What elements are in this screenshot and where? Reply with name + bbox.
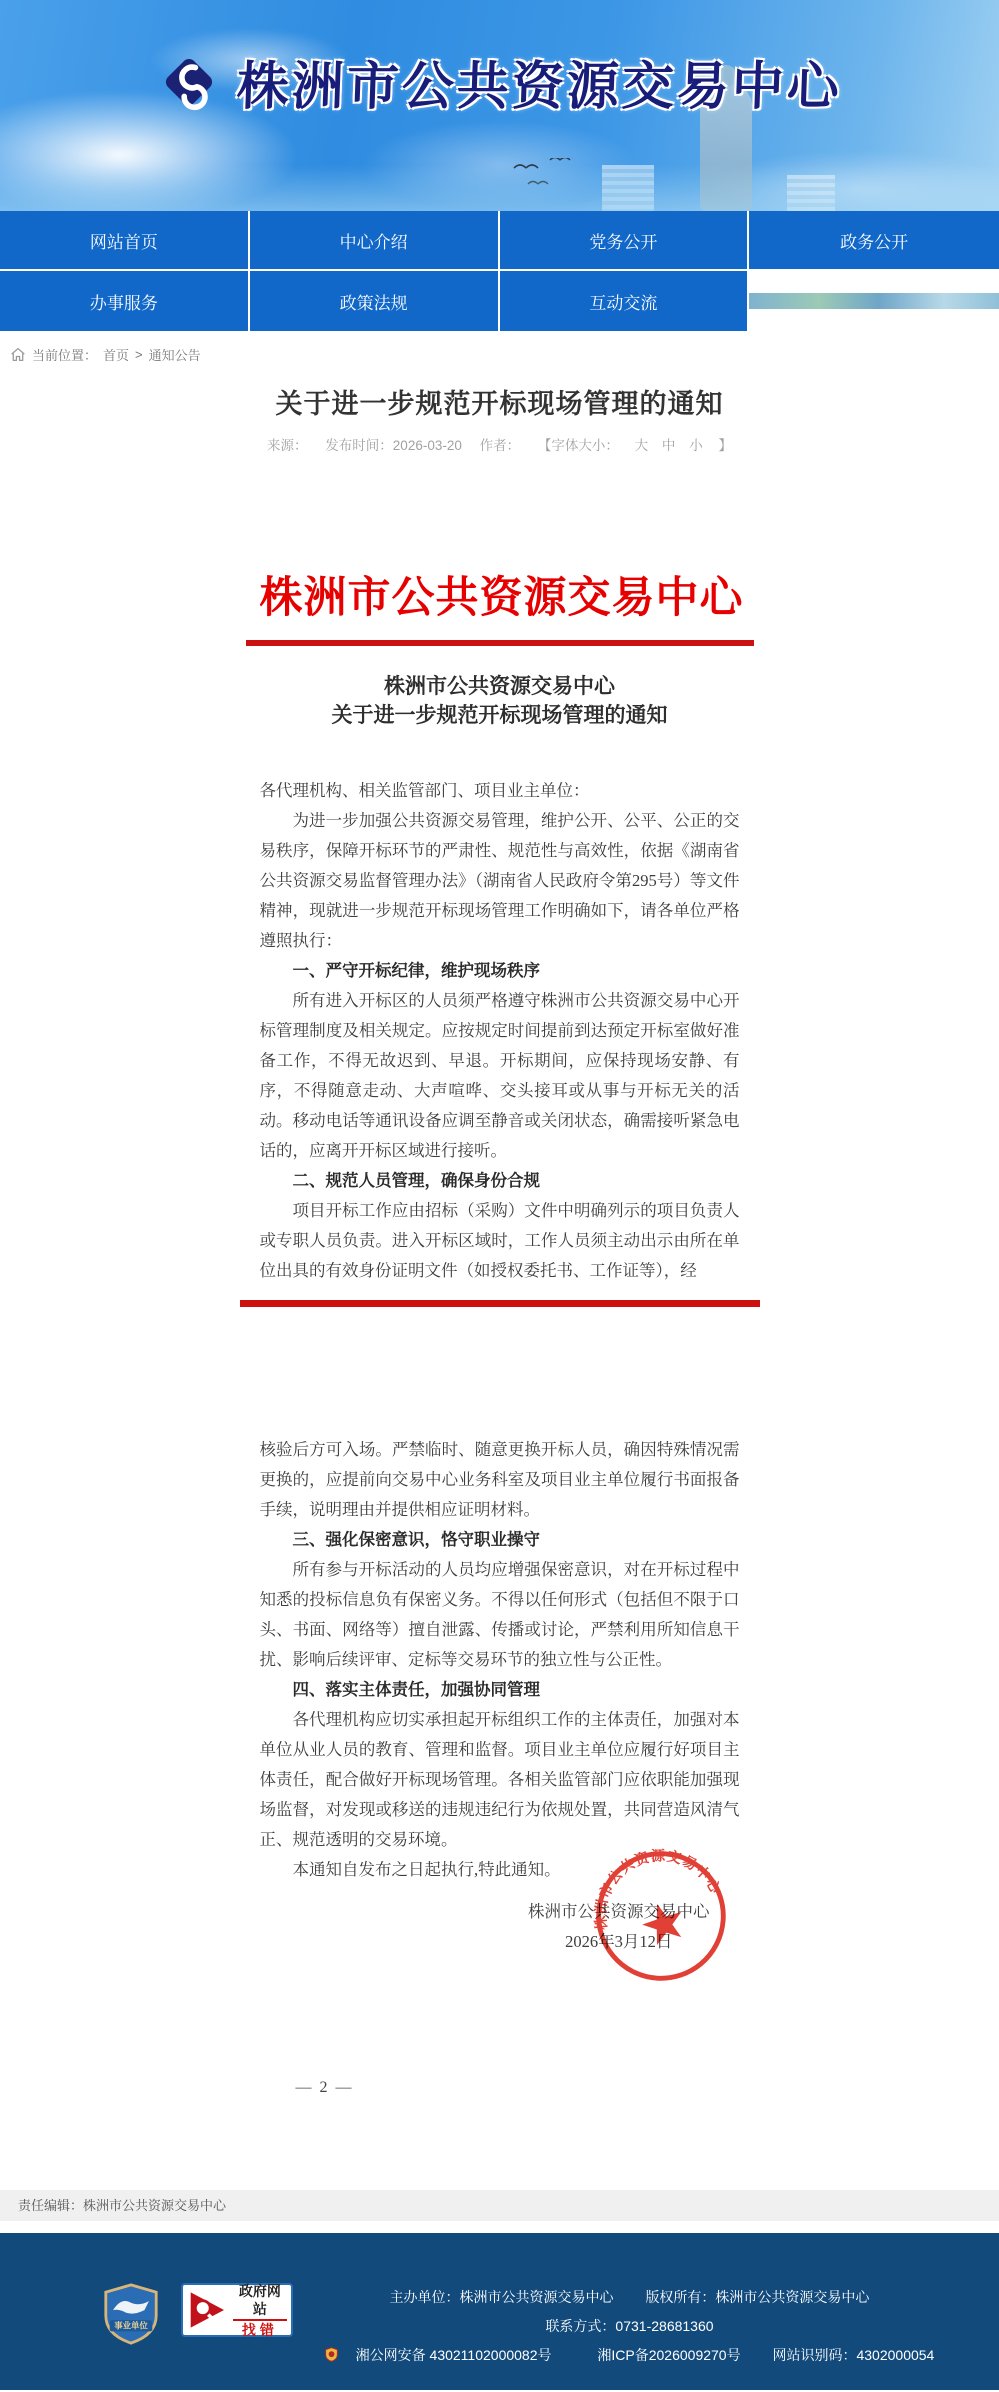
public-institution-badge-icon[interactable]: 事业单位 [103, 2283, 159, 2345]
banner-remnant-strip [749, 293, 999, 309]
nav-item-policies[interactable]: 政策法规 [250, 271, 500, 331]
footer-security-record: 湘公网安备 43021102000082号 [325, 2347, 570, 2363]
document-paragraph: 为进一步加强公共资源交易管理，维护公开、公平、公正的交易秩序，保障开标环节的严肃… [260, 806, 740, 956]
home-icon [10, 347, 26, 362]
page-title: 关于进一步规范开标现场管理的通知 [0, 382, 999, 421]
document-body-page2: 核验后方可入场。严禁临时、随意更换开标人员，确因特殊情况需更换的，应提前向交易中… [260, 1435, 740, 2103]
footer-icp: 湘ICP备2026009270号 [597, 2347, 740, 2363]
seal-star-icon [637, 1898, 688, 1948]
fontsize-label-close: 】 [718, 438, 732, 453]
footer-host: 主办单位：株洲市公共资源交易中心 [390, 2289, 614, 2305]
nav-item-services[interactable]: 办事服务 [0, 271, 250, 331]
document-salutation: 各代理机构、相关监管部门、项目业主单位： [260, 776, 740, 806]
document-section-heading: 三、强化保密意识，恪守职业操守 [260, 1525, 740, 1555]
document-section-heading: 一、严守开标纪律，维护现场秩序 [260, 956, 740, 986]
building-silhouette [787, 175, 835, 211]
meta-pubdate: 发布时间：2026-03-20 [325, 438, 462, 453]
site-logo-icon [157, 50, 221, 114]
document-paragraph: 各代理机构应切实承担起开标组织工作的主体责任，加强对本单位从业人员的教育、管理和… [260, 1705, 740, 1855]
document-paragraph: 项目开标工作应由招标（采购）文件中明确列示的项目负责人或专职人员负责。进入开标区… [260, 1196, 740, 1286]
birds-decoration [510, 158, 590, 192]
signature-block: 株洲市公共资源交易中心 2026年3月12日 株洲市公共资源交易中心 [260, 1897, 740, 1957]
document-section-heading: 四、落实主体责任，加强协同管理 [260, 1675, 740, 1705]
nav-spacer [749, 271, 999, 331]
footer-copyright: 版权所有：株洲市公共资源交易中心 [645, 2289, 869, 2305]
gov-site-error-report-badge[interactable]: 政府网站 找错 [181, 2283, 293, 2337]
public-institution-badge-label: 事业单位 [114, 2321, 148, 2331]
finder-badge-line1: 政府网站 [233, 2282, 287, 2321]
document-letterhead: 株洲市公共资源交易中心 [260, 564, 740, 625]
breadcrumb: 当前位置： 首页 > 通知公告 [0, 331, 999, 364]
breadcrumb-label: 当前位置： [32, 345, 97, 364]
nav-item-gov-affairs[interactable]: 政务公开 [749, 211, 999, 269]
page-footer-double-rule [240, 1300, 760, 1307]
article-meta: 来源： 发布时间：2026-03-20 作者： 【字体大小： 大 中 小 】 [0, 434, 999, 454]
finder-badge-line2: 找错 [233, 2321, 287, 2339]
site-brand: 株洲市公共资源交易中心 [0, 44, 999, 119]
meta-source: 来源： [267, 438, 308, 453]
page-number: — 2 — [260, 2073, 740, 2103]
site-banner: 株洲市公共资源交易中心 [0, 0, 999, 211]
fontsize-medium-button[interactable]: 中 [662, 438, 676, 453]
document-title-line2: 关于进一步规范开标现场管理的通知 [260, 701, 740, 730]
document-title-line1: 株洲市公共资源交易中心 [260, 672, 740, 701]
meta-author: 作者： [480, 438, 521, 453]
scanned-document: 株洲市公共资源交易中心 株洲市公共资源交易中心 关于进一步规范开标现场管理的通知… [260, 564, 740, 2103]
breadcrumb-current-link[interactable]: 通知公告 [149, 345, 201, 364]
document-title: 株洲市公共资源交易中心 关于进一步规范开标现场管理的通知 [260, 672, 740, 730]
document-paragraph: 所有参与开标活动的人员均应增强保密意识，对在开标过程中知悉的投标信息负有保密义务… [260, 1555, 740, 1675]
nav-item-party-affairs[interactable]: 党务公开 [500, 211, 750, 269]
breadcrumb-home-link[interactable]: 首页 [103, 345, 129, 364]
nav-item-interaction[interactable]: 互动交流 [500, 271, 750, 331]
editor-bar: 责任编辑：株洲市公共资源交易中心 [0, 2190, 999, 2221]
footer-contact: 联系方式：0731-28681360 [545, 2318, 713, 2334]
site-footer: 事业单位 政府网站 找错 主办单位：株洲市公共资源交易中心 版权所有：株洲市公共… [0, 2233, 999, 2390]
document-paragraph: 所有进入开标区的人员须严格遵守株洲市公共资源交易中心开标管理制度及相关规定。应按… [260, 986, 740, 1166]
building-silhouette [602, 165, 654, 211]
fontsize-label: 【字体大小： [538, 438, 619, 453]
document-paragraph-continued: 核验后方可入场。严禁临时、随意更换开标人员，确因特殊情况需更换的，应提前向交易中… [260, 1435, 740, 1525]
fontsize-small-button[interactable]: 小 [689, 438, 703, 453]
footer-info: 主办单位：株洲市公共资源交易中心 版权所有：株洲市公共资源交易中心 联系方式：0… [300, 2287, 959, 2374]
document-section-heading: 二、规范人员管理，确保身份合规 [260, 1166, 740, 1196]
footer-gap [0, 2221, 999, 2233]
fontsize-large-button[interactable]: 大 [635, 438, 649, 453]
site-title: 株洲市公共资源交易中心 [236, 44, 844, 119]
official-seal: 株洲市公共资源交易中心 [588, 1843, 734, 1989]
document-body-page1: 各代理机构、相关监管部门、项目业主单位： 为进一步加强公共资源交易管理，维护公开… [260, 776, 740, 1307]
nav-item-home[interactable]: 网站首页 [0, 211, 250, 269]
cloud-decoration [360, 120, 640, 210]
error-finder-magnifier-icon [187, 2289, 228, 2331]
footer-site-code: 网站识别码：4302000054 [772, 2347, 934, 2363]
police-badge-icon [325, 2347, 338, 2362]
footer-badges: 事业单位 政府网站 找错 [103, 2283, 293, 2345]
letterhead-double-rule [246, 640, 754, 646]
breadcrumb-separator: > [135, 347, 143, 362]
main-content: 当前位置： 首页 > 通知公告 关于进一步规范开标现场管理的通知 来源： 发布时… [0, 331, 999, 2190]
footer-security-text: 湘公网安备 43021102000082号 [356, 2347, 552, 2363]
main-navigation: 网站首页 中心介绍 党务公开 政务公开 办事服务 政策法规 互动交流 [0, 211, 999, 331]
nav-item-about[interactable]: 中心介绍 [250, 211, 500, 269]
